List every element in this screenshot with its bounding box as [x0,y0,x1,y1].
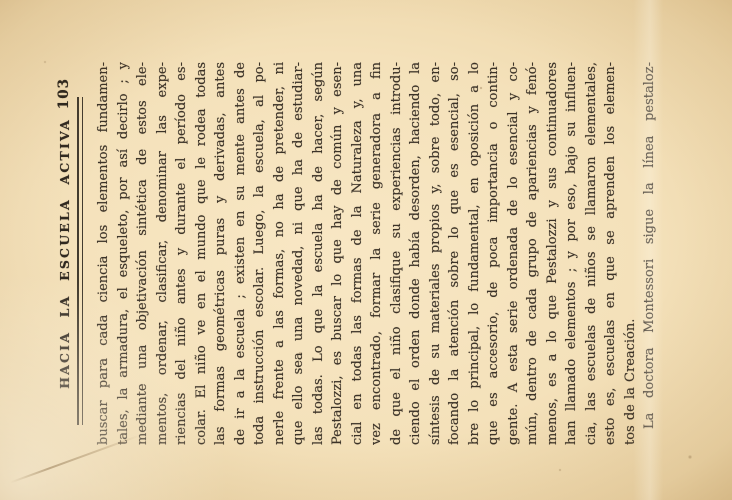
text-line: mentos, ordenar, clasificar, denominar l… [153,62,173,445]
text-line: de ir a la escuela ; existen en su mente… [231,62,251,445]
text-line: cial en todas las formas de la Naturalez… [348,62,368,445]
text-line: que ello sea una novedad, ni que ha de e… [289,62,309,445]
text-line: nerle frente a las formas, no ha de pret… [270,62,290,445]
page-header: HACIA LA ESCUELA ACTIVA 103 [57,62,83,445]
scanned-book-page: HACIA LA ESCUELA ACTIVA 103 buscar para … [0,0,732,500]
text-line: síntesis de su materiales propios y, sob… [426,62,446,445]
text-line: Pestalozzi, es buscar lo que hay de comú… [328,62,348,445]
paragraph-1: buscar para cada ciencia los elementos f… [94,62,640,445]
running-header-title: HACIA LA ESCUELA ACTIVA [57,62,72,445]
page-body-text: buscar para cada ciencia los elementos f… [94,62,660,445]
text-line: focando la atención sobre lo que es esen… [445,62,465,445]
text-line: mediante una objetivación sintética de e… [133,62,153,445]
paragraph-2: La doctora Montessori sigue la línea pes… [640,62,660,445]
text-line: cia, las escuelas de niños se llamaron e… [582,62,602,445]
page-number: 103 [56,78,72,109]
text-line: las formas geométricas puras y derivadas… [211,62,231,445]
text-line: menos, es a lo que Pestalozzi y sus cont… [543,62,563,445]
header-double-rule [77,97,83,425]
text-line: buscar para cada ciencia los elementos f… [94,62,114,445]
text-line: han llamado elementos ; y por eso, bajo … [562,62,582,445]
text-line: tos de la Creación. [621,62,641,445]
text-line: las todas. Lo que la escuela ha de hacer… [309,62,329,445]
text-line: colar. El niño ve en el mundo que le rod… [192,62,212,445]
book-page: HACIA LA ESCUELA ACTIVA 103 buscar para … [0,0,732,500]
text-line: La doctora Montessori sigue la línea pes… [640,62,660,445]
text-line: vez encontrado, formar la serie generado… [367,62,387,445]
text-line: que es accesorio, de poca importancia o … [484,62,504,445]
text-line: mún, dentro de cada grupo de apariencias… [523,62,543,445]
text-line: bre lo principal, lo fundamental, en opo… [465,62,485,445]
text-line: toda instrucción escolar. Luego, la escu… [250,62,270,445]
text-line: riencias del niño antes y durante el per… [172,62,192,445]
text-line: tales, la armadura, el esqueleto, por as… [114,62,134,445]
text-line: ciendo el orden donde había desorden, ha… [406,62,426,445]
text-line: de que el niño clasifique su experiencia… [387,62,407,445]
text-line: gente. A esta serie ordenada de lo esenc… [504,62,524,445]
text-line: esto es, escuelas en que se aprenden los… [601,62,621,445]
